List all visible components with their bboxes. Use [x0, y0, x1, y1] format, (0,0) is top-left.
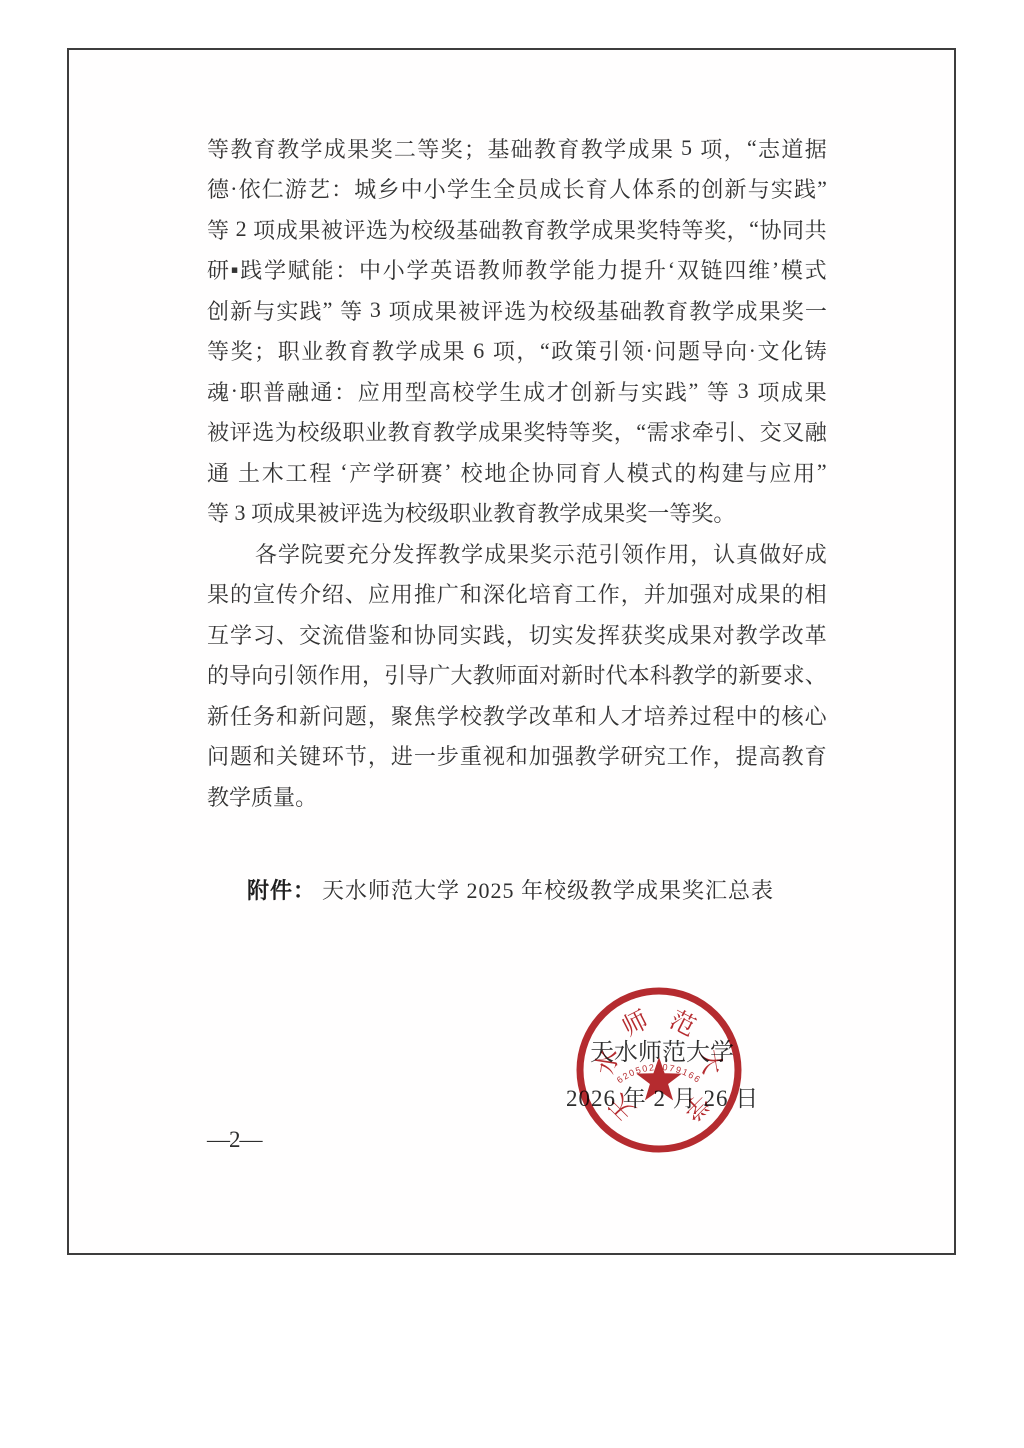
- body-text-line: 各学院要充分发挥教学成果奖示范引领作用，认真做好成: [207, 533, 827, 574]
- page-number: —2—: [207, 1127, 262, 1153]
- body-text-line: 等 3 项成果被评选为校级职业教育教学成果奖一等奖。: [207, 493, 827, 534]
- body-text-line: 教学质量。: [207, 776, 827, 817]
- body-text-line: 互学习、交流借鉴和协同实践，切实发挥获奖成果对教学改革: [207, 614, 827, 655]
- body-text-line: 问题和关键环节，进一步重视和加强教学研究工作，提高教育: [207, 736, 827, 777]
- official-seal-stamp: 天 水 师 范 大 学 6205020079166: [569, 980, 749, 1160]
- body-text-line: 魂·职普融通：应用型高校学生成才创新与实践” 等 3 项成果: [207, 371, 827, 412]
- seal-ring-char: 大: [695, 1047, 727, 1076]
- seal-ring-char: 范: [665, 1006, 700, 1042]
- body-text-line: 被评选为校级职业教育教学成果奖特等奖，“需求牵引、交叉融: [207, 412, 827, 453]
- attachment-text: 天水师范大学 2025 年校级教学成果奖汇总表: [322, 874, 774, 905]
- body-text-line: 等奖；职业教育教学成果 6 项，“政策引领·问题导向·文化铸: [207, 331, 827, 372]
- body-text-line: 等教育教学成果奖二等奖；基础教育教学成果 5 项，“志道据: [207, 128, 827, 169]
- seal-ring-char: 水: [592, 1047, 624, 1076]
- document-body: 等教育教学成果奖二等奖；基础教育教学成果 5 项，“志道据德·依仁游艺：城乡中小…: [207, 128, 827, 817]
- body-text-line: 通 土木工程 ‘产学研赛’ 校地企协同育人模式的构建与应用”: [207, 452, 827, 493]
- body-text-line: 创新与实践” 等 3 项成果被评选为校级基础教育教学成果奖一: [207, 290, 827, 331]
- attachment-line: 附件： 天水师范大学 2025 年校级教学成果奖汇总表: [247, 869, 774, 909]
- attachment-label: 附件：: [247, 874, 316, 905]
- seal-ring-char: 学: [677, 1088, 714, 1125]
- seal-ring-char: 天: [604, 1088, 641, 1125]
- body-text-line: 新任务和新问题，聚焦学校教学改革和人才培养过程中的核心: [207, 695, 827, 736]
- body-text-line: 果的宣传介绍、应用推广和深化培育工作，并加强对成果的相: [207, 574, 827, 615]
- body-text-line: 德·依仁游艺：城乡中小学生全员成长育人体系的创新与实践”: [207, 169, 827, 210]
- seal-ring-char: 师: [618, 1006, 653, 1042]
- page-border-frame: 等教育教学成果奖二等奖；基础教育教学成果 5 项，“志道据德·依仁游艺：城乡中小…: [67, 48, 956, 1255]
- body-text-line: 研▪践学赋能：中小学英语教师教学能力提升‘双链四维’模式: [207, 250, 827, 291]
- body-text-line: 等 2 项成果被评选为校级基础教育教学成果奖特等奖，“协同共: [207, 209, 827, 250]
- body-text-line: 的导向引领作用，引导广大教师面对新时代本科教学的新要求、: [207, 655, 827, 696]
